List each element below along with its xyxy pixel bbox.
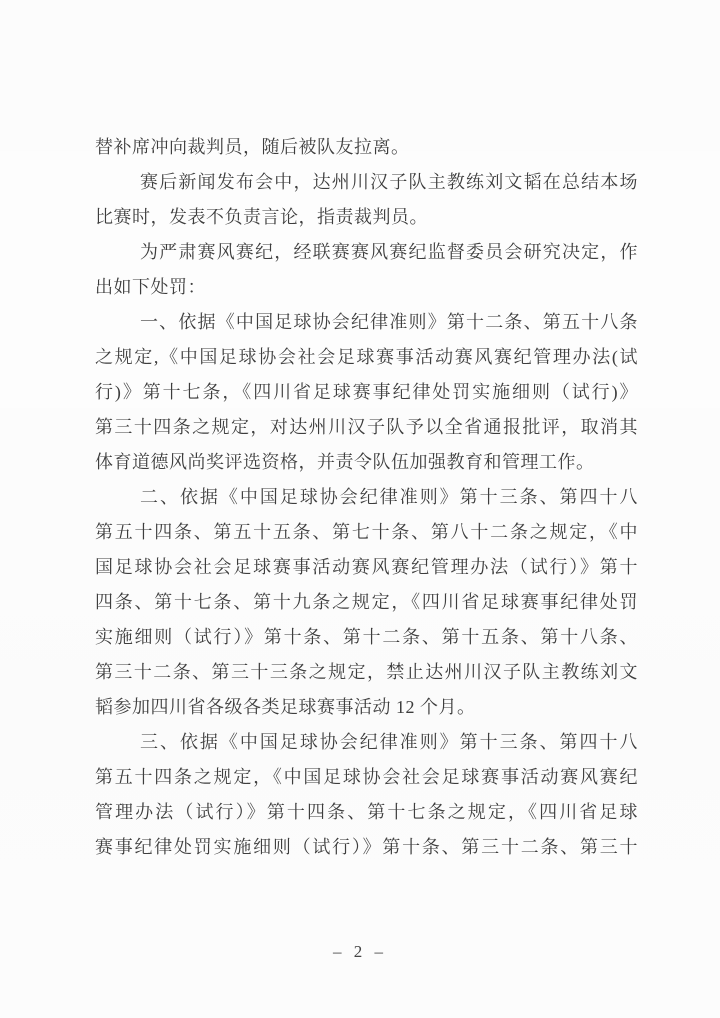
document-line: 一、依据《中国足球协会纪律准则》第十二条、第五十八条 (95, 305, 638, 340)
document-line: 第三十四条之规定，对达州川汉子队予以全省通报批评，取消其 (95, 410, 638, 445)
document-line: 赛事纪律处罚实施细则（试行）》第十条、第三十二条、第三十 (95, 830, 638, 865)
document-body: 替补席冲向裁判员，随后被队友拉离。赛后新闻发布会中，达州川汉子队主教练刘文韬在总… (95, 130, 638, 865)
document-line: 管理办法（试行）》第十四条、第十七条之规定，《四川省足球 (95, 795, 638, 830)
document-line: 出如下处罚： (95, 270, 638, 305)
document-line: 二、依据《中国足球协会纪律准则》第十三条、第四十八条、 (95, 480, 638, 515)
document-page: 替补席冲向裁判员，随后被队友拉离。赛后新闻发布会中，达州川汉子队主教练刘文韬在总… (0, 0, 720, 1018)
document-line: 韬参加四川省各级各类足球赛事活动 12 个月。 (95, 690, 638, 725)
page-number: – 2 – (0, 938, 720, 966)
document-line: 国足球协会社会足球赛事活动赛风赛纪管理办法（试行）》第十 (95, 550, 638, 585)
document-line: 第三十二条、第三十三条之规定，禁止达州川汉子队主教练刘文 (95, 655, 638, 690)
document-line: 替补席冲向裁判员，随后被队友拉离。 (95, 130, 638, 165)
document-line: 之规定,《中国足球协会社会足球赛事活动赛风赛纪管理办法(试 (95, 340, 638, 375)
document-line: 行)》第十七条，《四川省足球赛事纪律处罚实施细则（试行)》 (95, 375, 638, 410)
document-line: 体育道德风尚奖评选资格，并责令队伍加强教育和管理工作。 (95, 445, 638, 480)
document-line: 比赛时，发表不负责言论，指责裁判员。 (95, 200, 638, 235)
document-line: 第五十四条之规定，《中国足球协会社会足球赛事活动赛风赛纪 (95, 760, 638, 795)
document-line: 为严肃赛风赛纪，经联赛赛风赛纪监督委员会研究决定，作 (95, 235, 638, 270)
document-line: 第五十四条、第五十五条、第七十条、第八十二条之规定，《中 (95, 515, 638, 550)
document-line: 四条、第十七条、第十九条之规定，《四川省足球赛事纪律处罚 (95, 585, 638, 620)
document-line: 赛后新闻发布会中，达州川汉子队主教练刘文韬在总结本场 (95, 165, 638, 200)
document-line: 实施细则（试行）》第十条、第十二条、第十五条、第十八条、 (95, 620, 638, 655)
document-line: 三、依据《中国足球协会纪律准则》第十三条、第四十八条、 (95, 725, 638, 760)
